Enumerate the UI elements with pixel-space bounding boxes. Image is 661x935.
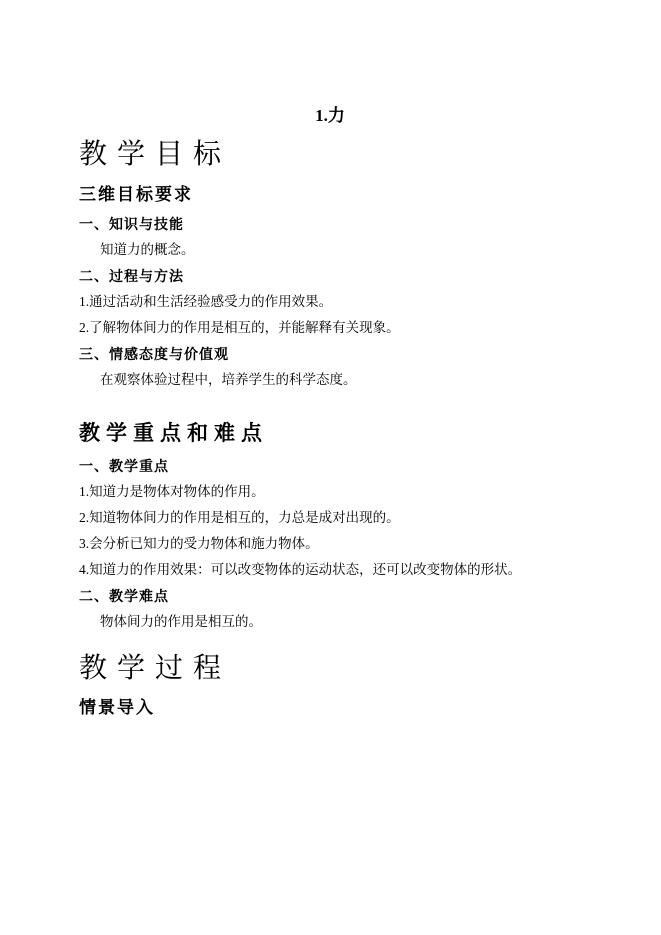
numbered-item: 1.通过活动和生活经验感受力的作用效果。 xyxy=(79,289,581,315)
paragraph-scientific-attitude: 在观察体验过程中，培养学生的科学态度。 xyxy=(79,367,581,393)
section-heading-objectives: 教学目标 xyxy=(79,139,581,171)
section-heading-process: 教学过程 xyxy=(79,653,581,685)
numbered-item: 3.会分析已知力的受力物体和施力物体。 xyxy=(79,531,581,557)
subheading-teaching-focus: 一、教学重点 xyxy=(79,453,581,479)
numbered-item: 2.了解物体间力的作用是相互的，并能解释有关现象。 xyxy=(79,315,581,341)
doc-title: 1.力 xyxy=(79,106,581,126)
subheading-process-methods: 二、过程与方法 xyxy=(79,263,581,289)
numbered-item: 2.知道物体间力的作用是相互的，力总是成对出现的。 xyxy=(79,505,581,531)
numbered-item: 1.知道力是物体对物体的作用。 xyxy=(79,479,581,505)
subheading-emotional-attitude-values: 三、情感态度与价值观 xyxy=(79,341,581,367)
numbered-item: 4.知道力的作用效果：可以改变物体的运动状态，还可以改变物体的形状。 xyxy=(79,557,581,583)
section-heading-focus-difficulty: 教学重点和难点 xyxy=(79,420,581,446)
document-page: 1.力 教学目标 三维目标要求 一、知识与技能 知道力的概念。 二、过程与方法 … xyxy=(0,0,661,935)
subheading-three-dimensional-goals: 三维目标要求 xyxy=(79,185,581,205)
paragraph-mutual-force: 物体间力的作用是相互的。 xyxy=(79,609,581,635)
paragraph-force-concept: 知道力的概念。 xyxy=(79,237,581,263)
subheading-scenario-introduction: 情景导入 xyxy=(79,697,581,719)
subheading-teaching-difficulty: 二、教学难点 xyxy=(79,583,581,609)
subheading-knowledge-skills: 一、知识与技能 xyxy=(79,211,581,237)
